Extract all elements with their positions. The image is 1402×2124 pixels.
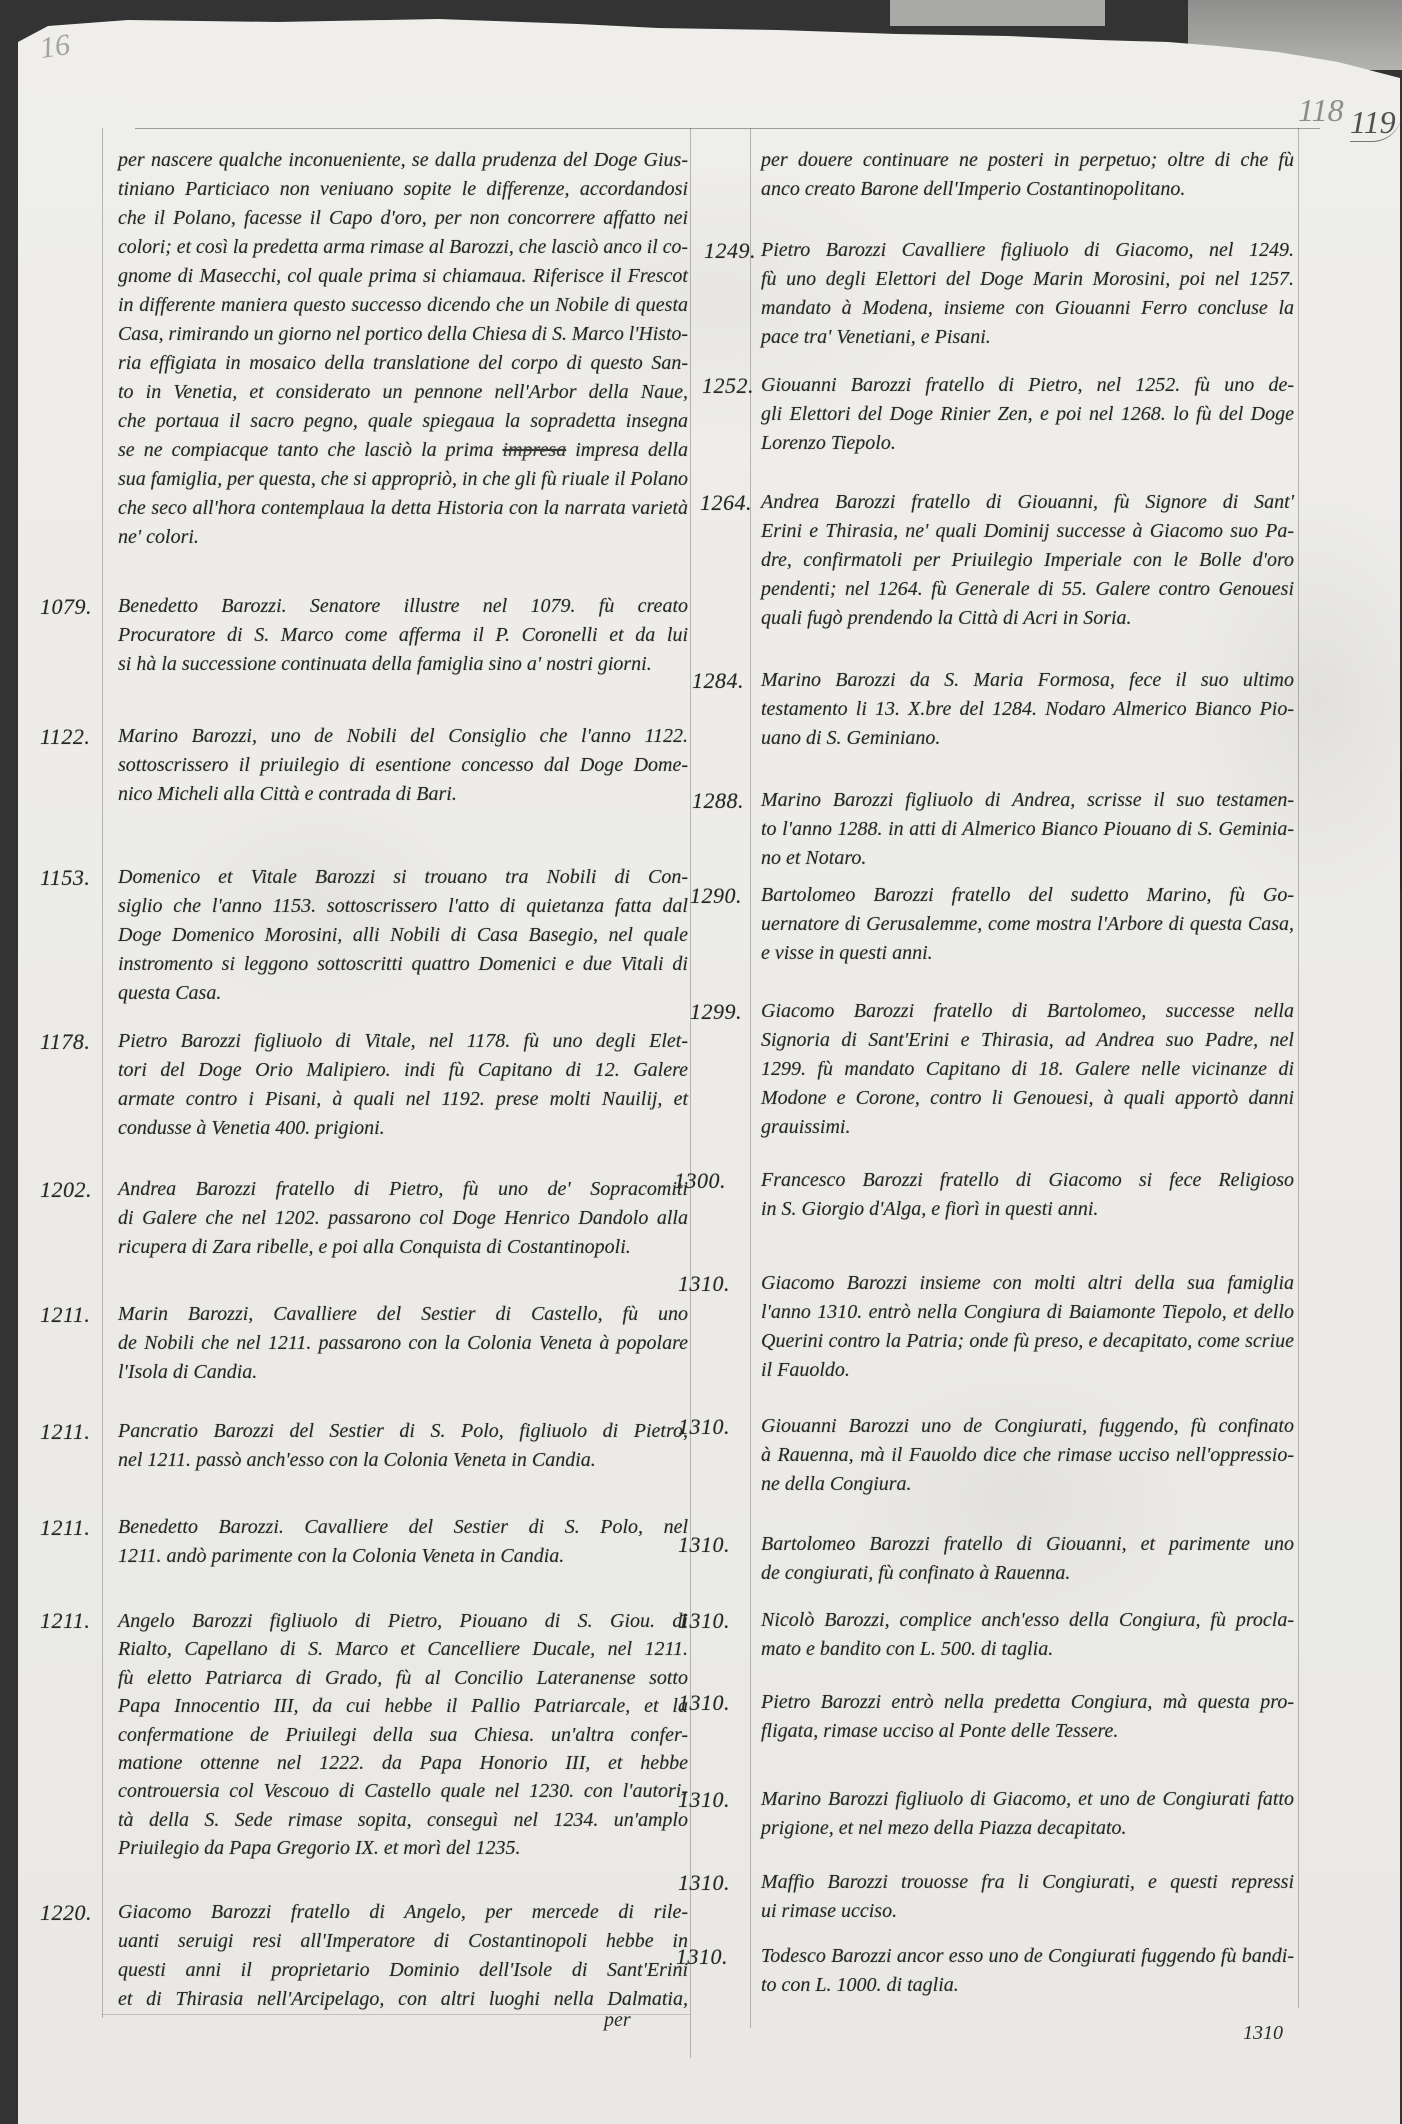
entry-text: Domenico et Vitale Barozzi si trouano tr… [118,863,688,1008]
text-line: Marino Barozzi figliuolo di Andrea, scri… [761,786,1294,815]
text-line: instromento si leggono sottoscritti quat… [118,950,688,979]
text-line: Signoria di Sant'Erini e Thirasia, ad An… [761,1026,1294,1055]
entry-text: Giouanni Barozzi fratello di Pietro, nel… [761,371,1294,458]
text-line: controuersia col Vescouo di Castello qua… [118,1777,688,1805]
text-line: ne' colori. [118,523,688,552]
text-line: Pancratio Barozzi del Sestier di S. Polo… [118,1417,688,1446]
text-line: nico Micheli alla Città e contrada di Ba… [118,780,688,809]
text-line: Lorenzo Tiepolo. [761,429,1294,458]
text-line: Priuilegio da Papa Gregorio IX. et morì … [118,1834,688,1862]
text-line-with-deletion: se ne compiacque tanto che lasciò la pri… [118,436,688,465]
text-line: Maffio Barozzi trouosse fra li Congiurat… [761,1868,1294,1897]
text-line: ne della Congiura. [761,1470,1294,1499]
entry-text: Maffio Barozzi trouosse fra li Congiurat… [761,1868,1294,1926]
text-line: che il Polano, facesse il Capo d'oro, pe… [118,204,688,233]
entry-year: 1288. [692,786,744,815]
text-line: ui rimase ucciso. [761,1897,1294,1926]
paragraph-text: per douere continuare ne posteri in perp… [761,146,1294,204]
entry-text: Pietro Barozzi figliuolo di Vitale, nel … [118,1027,688,1143]
text-line: Todesco Barozzi ancor esso uno de Congiu… [761,1942,1294,1971]
entry-text: Marino Barozzi figliuolo di Giacomo, et … [761,1785,1294,1843]
text-line: Bartolomeo Barozzi fratello del sudetto … [761,881,1294,910]
text-line: ricupera di Zara ribelle, e poi alla Con… [118,1233,688,1262]
folio-number-current: 119 [1350,104,1402,142]
text-line: Nicolò Barozzi, complice anch'esso della… [761,1606,1294,1635]
text-line: uanti seruigi resi all'Imperatore di Cos… [118,1927,688,1956]
text-line: Procuratore di S. Marco come afferma il … [118,621,688,650]
text-line: di Galere che nel 1202. passarono col Do… [118,1204,688,1233]
text-line: questa Casa. [118,979,688,1008]
text-line: anco creato Barone dell'Imperio Costanti… [761,175,1294,204]
text-line: Benedetto Barozzi. Cavalliere del Sestie… [118,1513,688,1542]
entry-year: 1249. [704,236,756,265]
top-ruling-line [135,128,1320,129]
text-line: che seco all'hora contemplaua la detta H… [118,494,688,523]
text-line: Marino Barozzi da S. Maria Formosa, fece… [761,666,1294,695]
text-line: Erini e Thirasia, ne' quali Dominij succ… [761,517,1294,546]
text-line: quali fugò prendendo la Città di Acri in… [761,604,1294,633]
text-line: ria effigiata in mosaico della translati… [118,349,688,378]
entry-text: Pietro Barozzi Cavalliere figliuolo di G… [761,236,1294,352]
entry-text: Pietro Barozzi entrò nella predetta Cong… [761,1688,1294,1746]
entry-text: Benedetto Barozzi. Cavalliere del Sestie… [118,1513,688,1571]
text-line: Pietro Barozzi entrò nella predetta Cong… [761,1688,1294,1717]
catchword-left: per [604,2006,631,2035]
text-line: gnome di Masecchi, col quale prima si ch… [118,262,688,291]
text-line: pendenti; nel 1264. fù Generale di 55. G… [761,575,1294,604]
entry-text: Benedetto Barozzi. Senatore illustre nel… [118,592,688,679]
text-line: Marino Barozzi, uno de Nobili del Consig… [118,722,688,751]
text-line: Giacomo Barozzi insieme con molti altri … [761,1269,1294,1298]
entry-year: 1264. [700,488,752,517]
text-line: l'Isola di Candia. [118,1358,688,1387]
text-line: de Nobili che nel 1211. passarono con la… [118,1329,688,1358]
entry-text: Bartolomeo Barozzi fratello del sudetto … [761,881,1294,968]
right-border-rule [1298,128,1299,2008]
entry-year: 1211. [40,1300,90,1329]
entry-year: 1310. [678,1412,730,1441]
entry-year: 1310. [678,1530,730,1559]
left-margin-rule [102,128,103,2018]
entry-year: 1290. [690,881,742,910]
text-line: per nascere qualche inconueniente, se da… [118,146,688,175]
text-line: in S. Giorgio d'Alga, e fiorì in questi … [761,1195,1294,1224]
text-line: Pietro Barozzi figliuolo di Vitale, nel … [118,1027,688,1056]
text-line: to l'anno 1288. in atti di Almerico Bian… [761,815,1294,844]
text-fragment: impresa della [566,439,688,461]
text-line: in differente maniera questo successo di… [118,291,688,320]
entry-text: Giouanni Barozzi uno de Congiurati, fugg… [761,1412,1294,1499]
text-line: armate contro i Pisani, à quali nel 1192… [118,1085,688,1114]
text-line: Benedetto Barozzi. Senatore illustre nel… [118,592,688,621]
text-line: Querini contro la Patria; onde fù preso,… [761,1327,1294,1356]
entry-year: 1310. [678,1785,730,1814]
text-line: grauissimi. [761,1113,1294,1142]
entry-year: 1178. [40,1027,90,1056]
text-line: e visse in questi anni. [761,939,1294,968]
entry-text: Giacomo Barozzi fratello di Angelo, per … [118,1898,688,2014]
text-line: Francesco Barozzi fratello di Giacomo si… [761,1166,1294,1195]
text-line: per douere continuare ne posteri in perp… [761,146,1294,175]
text-line: 1211. andò parimente con la Colonia Vene… [118,1542,688,1571]
text-line: mandato à Modena, insieme con Giouanni F… [761,294,1294,323]
text-line: Andrea Barozzi fratello di Giouanni, fù … [761,488,1294,517]
folio-number-old: 118 [1298,92,1344,129]
text-line: Giacomo Barozzi fratello di Bartolomeo, … [761,997,1294,1026]
text-line: sua famiglia, per questa, che si appropr… [118,465,688,494]
text-line: Modone e Corone, contro li Genouesi, à q… [761,1084,1294,1113]
entry-year: 1310. [678,1606,730,1635]
catchword-right: 1310 [1243,2019,1283,2048]
entry-text: Andrea Barozzi fratello di Pietro, fù un… [118,1175,688,1262]
text-line: à Rauenna, mà il Fauoldo dice che rimase… [761,1441,1294,1470]
entry-text: Nicolò Barozzi, complice anch'esso della… [761,1606,1294,1664]
underlying-sheet [890,0,1105,26]
entry-year: 1252. [702,371,754,400]
entry-year: 1220. [40,1898,92,1927]
text-line: siglio che l'anno 1153. sottoscrissero l… [118,892,688,921]
text-line: il Fauoldo. [761,1356,1294,1385]
entry-text: Andrea Barozzi fratello di Giouanni, fù … [761,488,1294,633]
entry-year: 1310. [678,1269,730,1298]
text-line: de congiurati, fù confinato à Rauenna. [761,1559,1294,1588]
text-line: si hà la successione continuata della fa… [118,650,688,679]
entry-text: Pancratio Barozzi del Sestier di S. Polo… [118,1417,688,1475]
entry-text: Marino Barozzi, uno de Nobili del Consig… [118,722,688,809]
text-line: Bartolomeo Barozzi fratello di Giouanni,… [761,1530,1294,1559]
text-line: Papa Innocentio III, da cui hebbe il Pal… [118,1692,688,1720]
entry-year: 1211. [40,1513,90,1542]
text-line: Andrea Barozzi fratello di Pietro, fù un… [118,1175,688,1204]
text-line: Doge Domenico Morosini, alli Nobili di C… [118,921,688,950]
text-line: fù uno degli Elettori del Doge Marin Mor… [761,265,1294,294]
text-line: Pietro Barozzi Cavalliere figliuolo di G… [761,236,1294,265]
entry-year: 1153. [40,863,90,892]
entry-text: Marino Barozzi da S. Maria Formosa, fece… [761,666,1294,753]
bottom-ruling-line [102,2014,690,2015]
text-line: prigione, et nel mezo della Piazza decap… [761,1814,1294,1843]
entry-text: Todesco Barozzi ancor esso uno de Congiu… [761,1942,1294,2000]
entry-text: Marino Barozzi figliuolo di Andrea, scri… [761,786,1294,873]
text-line: l'anno 1310. entrò nella Congiura di Bai… [761,1298,1294,1327]
text-line: Marino Barozzi figliuolo di Giacomo, et … [761,1785,1294,1814]
entry-text: Giacomo Barozzi insieme con molti altri … [761,1269,1294,1385]
text-line: matione ottenne nel 1222. da Papa Honori… [118,1749,688,1777]
text-line: to con L. 1000. di taglia. [761,1971,1294,2000]
text-line: che portaua il sacro pegno, quale spiega… [118,407,688,436]
entry-year: 1079. [40,592,92,621]
entry-text: Marin Barozzi, Cavalliere del Sestier di… [118,1300,688,1387]
text-line: uernatore di Gerusalemme, come mostra l'… [761,910,1294,939]
entry-year: 1211. [40,1607,90,1635]
text-line: Casa, rimirando un giorno nel portico de… [118,320,688,349]
text-fragment: se ne compiacque tanto che lasciò la pri… [118,439,503,461]
text-line: condusse à Venetia 400. prigioni. [118,1114,688,1143]
manuscript-scan: 16 118 119 per nascere qualche inconueni… [0,0,1402,2124]
text-line: pace tra' Venetiani, e Pisani. [761,323,1294,352]
text-line: tori del Doge Orio Malipiero. indi fù Ca… [118,1056,688,1085]
text-line: Giacomo Barozzi fratello di Angelo, per … [118,1898,688,1927]
right-column-margin-rule [750,128,751,2028]
text-line: sottoscrissero il priuilegio di esention… [118,751,688,780]
entry-text: Giacomo Barozzi fratello di Bartolomeo, … [761,997,1294,1142]
text-line: gli Elettori del Doge Rinier Zen, e poi … [761,400,1294,429]
text-line: confermatione de Priuilegi della sua Chi… [118,1721,688,1749]
text-line: dre, confirmatoli per Priuilegio Imperia… [761,546,1294,575]
text-line: no et Notaro. [761,844,1294,873]
struck-through-word: impresa [503,439,567,461]
entry-text: Francesco Barozzi fratello di Giacomo si… [761,1166,1294,1224]
folio-number-top-left: 16 [38,28,72,66]
column-divider-rule [690,128,691,2058]
text-line: testamento li 13. X.bre del 1284. Nodaro… [761,695,1294,724]
entry-year: 1122. [40,722,90,751]
entry-year: 1310. [678,1868,730,1897]
text-line: Giouanni Barozzi fratello di Pietro, nel… [761,371,1294,400]
text-line: Rialto, Capellano di S. Marco et Cancell… [118,1635,688,1663]
entry-year: 1211. [40,1417,90,1446]
text-line: Domenico et Vitale Barozzi si trouano tr… [118,863,688,892]
text-line: mato e bandito con L. 500. di taglia. [761,1635,1294,1664]
entry-year: 1299. [690,997,742,1026]
text-line: nel 1211. passò anch'esso con la Colonia… [118,1446,688,1475]
entry-text: Angelo Barozzi figliuolo di Pietro, Piou… [118,1607,688,1863]
text-line: colori; et così la predetta arma rimase … [118,233,688,262]
text-line: Angelo Barozzi figliuolo di Pietro, Piou… [118,1607,688,1635]
text-line: to in Venetia, et considerato un pennone… [118,378,688,407]
text-line: fù eletto Patriarca di Grado, fù al Conc… [118,1664,688,1692]
text-line: Giouanni Barozzi uno de Congiurati, fugg… [761,1412,1294,1441]
text-line: Marin Barozzi, Cavalliere del Sestier di… [118,1300,688,1329]
paragraph-text: per nascere qualche inconueniente, se da… [118,146,688,552]
text-line: tiniano Particiaco non veniuano sopite l… [118,175,688,204]
text-line: 1299. fù mandato Capitano di 18. Galere … [761,1055,1294,1084]
text-line: uano di S. Geminiano. [761,724,1294,753]
entry-year: 1202. [40,1175,92,1204]
entry-year: 1284. [692,666,744,695]
entry-year: 1310. [678,1688,730,1717]
text-line: questi anni il proprietario Dominio dell… [118,1956,688,1985]
entry-text: Bartolomeo Barozzi fratello di Giouanni,… [761,1530,1294,1588]
entry-year: 1310. [676,1942,728,1971]
text-line: fligata, rimase ucciso al Ponte delle Te… [761,1717,1294,1746]
text-line: tà della S. Sede rimase sopita, conseguì… [118,1806,688,1834]
text-line: et di Thirasia nell'Arcipelago, con altr… [118,1985,688,2014]
entry-year: 1300. [674,1166,726,1195]
